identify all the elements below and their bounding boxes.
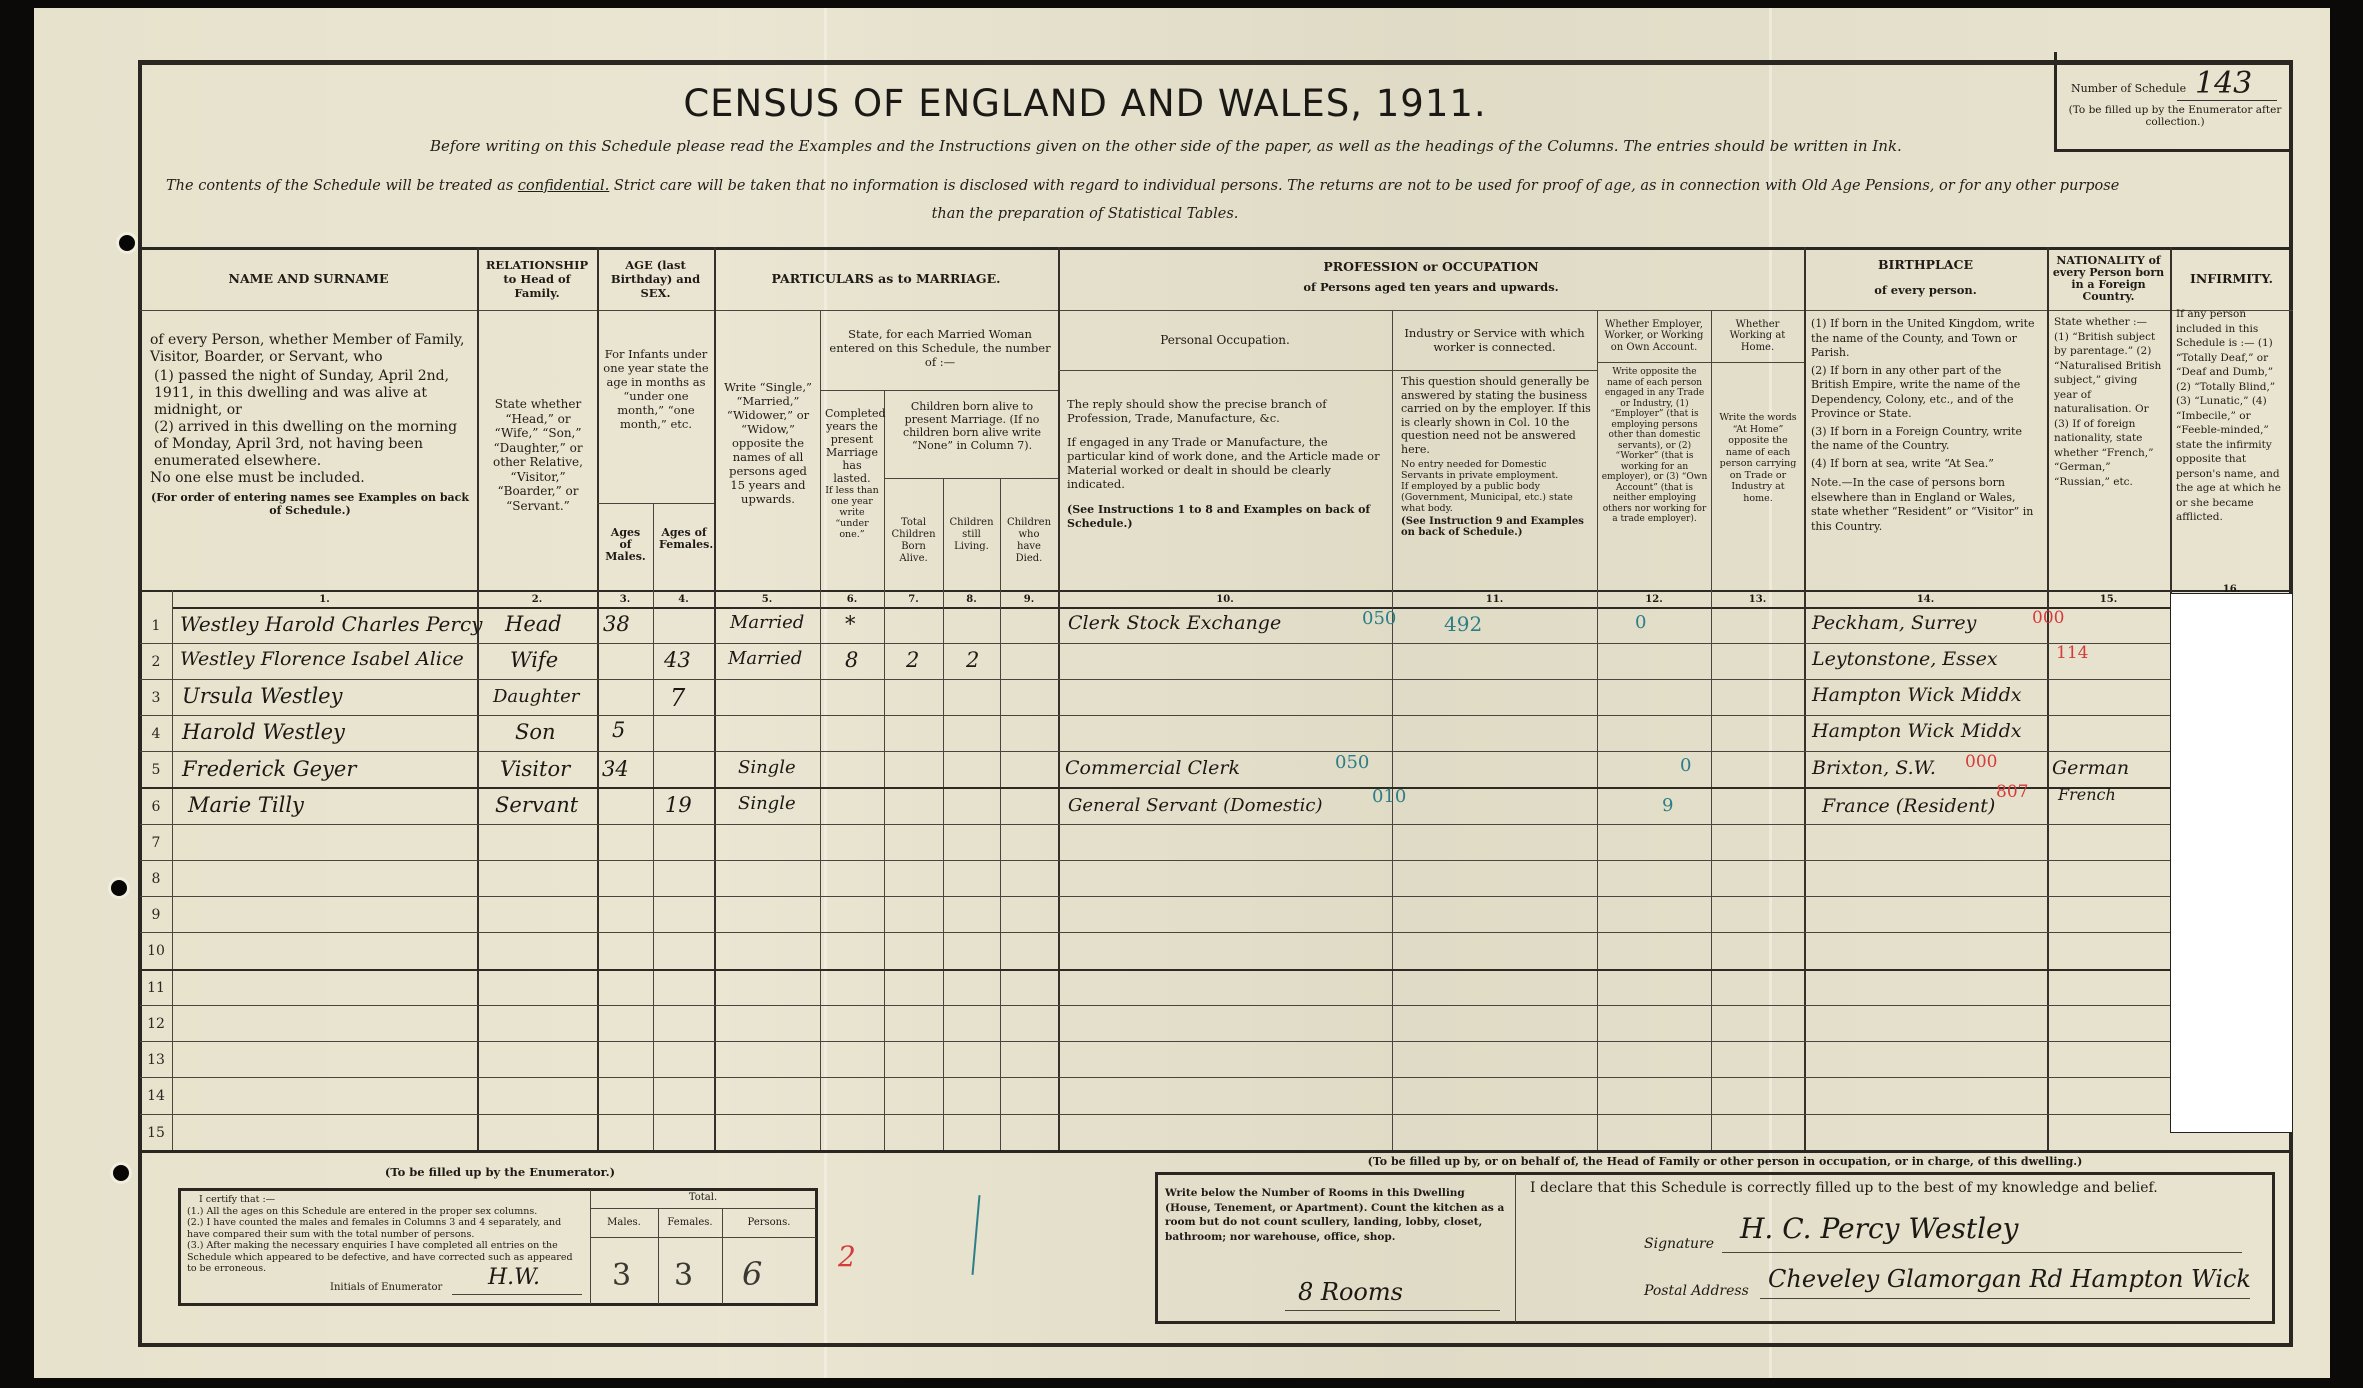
- confidential-line-2: than the preparation of Statistical Tabl…: [0, 206, 2170, 222]
- confidential-line: The contents of the Schedule will be tre…: [166, 178, 2119, 194]
- employer-cell: 9: [1662, 795, 1673, 816]
- employer-description: Write opposite the name of each person e…: [1598, 365, 1711, 527]
- postal-address-value: Cheveley Glamorgan Rd Hampton Wick: [1768, 1265, 2251, 1293]
- age-male-cell: 38: [603, 612, 630, 636]
- name-cell: Marie Tilly: [188, 793, 304, 817]
- marital-cell: Married: [728, 648, 802, 669]
- completed-years-label: Completed years the present Marriage has…: [820, 405, 884, 542]
- row-number: 11: [140, 980, 172, 996]
- total-persons: 6: [742, 1255, 762, 1293]
- age-female-cell: 43: [664, 648, 691, 672]
- row-number: 12: [140, 1016, 172, 1032]
- married-woman-description: State, for each Married Woman entered on…: [822, 325, 1058, 371]
- children-living-cell: 2: [966, 648, 979, 672]
- employer-header: Whether Employer, Worker, or Working on …: [1597, 310, 1711, 362]
- age-male-cell: 5: [612, 718, 625, 742]
- males-label: Males.: [590, 1217, 658, 1228]
- children-born-description: Children born alive to present Marriage.…: [886, 398, 1058, 454]
- birthplace-cell: Hampton Wick Middx: [1812, 684, 2021, 706]
- red-mark: 2: [838, 1240, 856, 1273]
- header-infirmity: INFIRMITY.: [2170, 250, 2293, 308]
- row-number: 6: [140, 799, 172, 815]
- birthplace-cell: Hampton Wick Middx: [1812, 720, 2021, 742]
- name-cell: Westley Florence Isabel Alice: [180, 648, 464, 670]
- relationship-cell: Daughter: [493, 686, 579, 707]
- relationship-cell: Son: [515, 720, 556, 744]
- industry-cell: 492: [1444, 612, 1482, 636]
- total-females: 3: [674, 1258, 693, 1293]
- years-married-cell: *: [845, 612, 856, 636]
- schedule-number-label: Number of Schedule: [2071, 82, 2186, 95]
- punch-hole: [113, 1165, 129, 1181]
- birthplace-cell: Brixton, S.W.: [1812, 757, 1936, 779]
- schedule-number-box: Number of Schedule 143 (To be filled up …: [2054, 52, 2293, 152]
- name-column-description: of every Person, whether Member of Famil…: [145, 330, 475, 519]
- relationship-description: State whether “Head,” or “Wife,” “Son,” …: [480, 395, 596, 515]
- header-occupation-subtitle: of Persons aged ten years and upwards.: [1058, 277, 1804, 297]
- schedule-number-note: (To be filled up by the Enumerator after…: [2065, 104, 2285, 128]
- nationality-description: State whether :— (1) “British subject by…: [2049, 313, 2169, 491]
- name-cell: Westley Harold Charles Percy: [180, 612, 482, 636]
- birthplace-code: 000: [2032, 608, 2064, 628]
- females-label: Females.: [658, 1217, 722, 1228]
- header-name: NAME AND SURNAME: [140, 250, 477, 308]
- industry-description: This question should generally be answer…: [1396, 373, 1596, 540]
- occupation-code: 050: [1335, 752, 1369, 773]
- at-home-header: Whether Working at Home.: [1711, 310, 1804, 362]
- years-married-cell: 8: [845, 648, 858, 672]
- infirmity-column-redaction: [2170, 593, 2293, 1133]
- nationality-code: 114: [2056, 643, 2088, 663]
- table-bottom-rule: [140, 1150, 2293, 1153]
- birthplace-code: 000: [1965, 752, 1997, 772]
- age-male-cell: 34: [602, 757, 629, 781]
- row-number: 1: [140, 618, 172, 634]
- marital-cell: Married: [730, 612, 804, 633]
- birthplace-cell: France (Resident): [1822, 795, 1995, 817]
- children-died-label: Children who have Died.: [1000, 515, 1058, 567]
- industry-header: Industry or Service with which worker is…: [1392, 312, 1597, 368]
- row-number: 4: [140, 726, 172, 742]
- header-birthplace: BIRTHPLACE: [1804, 250, 2047, 280]
- marital-cell: Single: [738, 757, 796, 778]
- declaration-text: I declare that this Schedule is correctl…: [1530, 1180, 2158, 1196]
- instruction-line: Before writing on this Schedule please r…: [430, 137, 1902, 155]
- row-number: 5: [140, 762, 172, 778]
- marital-cell: Single: [738, 793, 796, 814]
- row-number: 14: [140, 1088, 172, 1104]
- occupation-code: 050: [1362, 608, 1396, 629]
- page-title: CENSUS OF ENGLAND AND WALES, 1911.: [0, 82, 2170, 125]
- rooms-value: 8 Rooms: [1298, 1278, 1403, 1306]
- persons-label: Persons.: [722, 1217, 816, 1228]
- occupation-cell: General Servant (Domestic): [1068, 795, 1322, 816]
- total-children-label: Total Children Born Alive.: [884, 515, 943, 567]
- header-nationality: NATIONALITY of every Person born in a Fo…: [2047, 247, 2170, 310]
- header-age: AGE (last Birthday) and SEX.: [597, 250, 714, 308]
- nationality-cell: German: [2052, 757, 2129, 779]
- row-number: 7: [140, 835, 172, 851]
- row-number: 3: [140, 690, 172, 706]
- relationship-cell: Head: [505, 612, 562, 636]
- signature-value: H. C. Percy Westley: [1740, 1212, 2018, 1245]
- age-female-cell: 19: [665, 793, 692, 817]
- occupation-code: 010: [1372, 786, 1406, 807]
- birthplace-cell: Leytonstone, Essex: [1812, 648, 1998, 670]
- relationship-cell: Servant: [495, 793, 578, 817]
- name-cell: Frederick Geyer: [182, 757, 356, 781]
- occupation-cell: Commercial Clerk: [1065, 757, 1240, 779]
- personal-occupation-description: The reply should show the precise branch…: [1062, 395, 1390, 533]
- row-number: 10: [140, 943, 172, 959]
- children-living-label: Children still Living.: [943, 515, 1000, 555]
- confidential-word: confidential.: [518, 178, 609, 194]
- employer-cell: 0: [1635, 612, 1646, 633]
- personal-occupation-header: Personal Occupation.: [1058, 312, 1392, 368]
- total-males: 3: [612, 1258, 631, 1293]
- header-relationship: RELATIONSHIP to Head of Family.: [477, 250, 597, 308]
- birthplace-cell: Peckham, Surrey: [1812, 612, 1976, 634]
- header-occupation: PROFESSION or OCCUPATION: [1058, 250, 1804, 276]
- nationality-cell: French: [2058, 785, 2116, 804]
- total-label: Total.: [590, 1192, 816, 1203]
- row-number: 8: [140, 871, 172, 887]
- punch-hole: [111, 880, 127, 896]
- employer-cell: 0: [1680, 755, 1691, 776]
- infirmity-description: If any person included in this Schedule …: [2171, 305, 2293, 527]
- at-home-description: Write the words “At Home” opposite the n…: [1712, 410, 1804, 506]
- enumerator-certification: I certify that :— (1.) All the ages on t…: [182, 1192, 590, 1277]
- signature-label: Signature: [1644, 1236, 1714, 1252]
- birthplace-description: (1) If born in the United Kingdom, write…: [1806, 315, 2046, 536]
- children-born-cell: 2: [906, 648, 919, 672]
- occupation-cell: Clerk Stock Exchange: [1068, 612, 1281, 634]
- age-females-label: Ages of Females.: [654, 525, 714, 553]
- row-number: 9: [140, 907, 172, 923]
- row-number: 13: [140, 1052, 172, 1068]
- birthplace-code: 807: [1996, 782, 2028, 802]
- enumerator-heading: (To be filled up by the Enumerator.): [140, 1165, 860, 1179]
- age-description: For Infants under one year state the age…: [598, 345, 714, 433]
- rooms-instruction: Write below the Number of Rooms in this …: [1160, 1184, 1512, 1246]
- age-female-cell: 7: [670, 684, 685, 712]
- age-males-label: Ages of Males.: [598, 525, 653, 565]
- schedule-number-value: 143: [2195, 66, 2252, 101]
- name-cell: Harold Westley: [182, 720, 345, 744]
- marital-description: Write “Single,” “Married,” “Widower,” or…: [716, 378, 820, 508]
- enumerator-initials: H.W.: [488, 1265, 540, 1290]
- postal-address-label: Postal Address: [1644, 1283, 1749, 1299]
- relationship-cell: Visitor: [500, 757, 570, 781]
- relationship-cell: Wife: [510, 648, 558, 672]
- row-number: 2: [140, 654, 172, 670]
- row-number: 15: [140, 1125, 172, 1141]
- header-birthplace-subtitle: of every person.: [1804, 278, 2047, 302]
- name-cell: Ursula Westley: [182, 684, 342, 708]
- header-marriage: PARTICULARS as to MARRIAGE.: [714, 250, 1058, 308]
- punch-hole: [119, 235, 135, 251]
- householder-heading: (To be filled up by, or on behalf of, th…: [1160, 1155, 2290, 1168]
- initials-label: Initials of Enumerator: [330, 1282, 442, 1293]
